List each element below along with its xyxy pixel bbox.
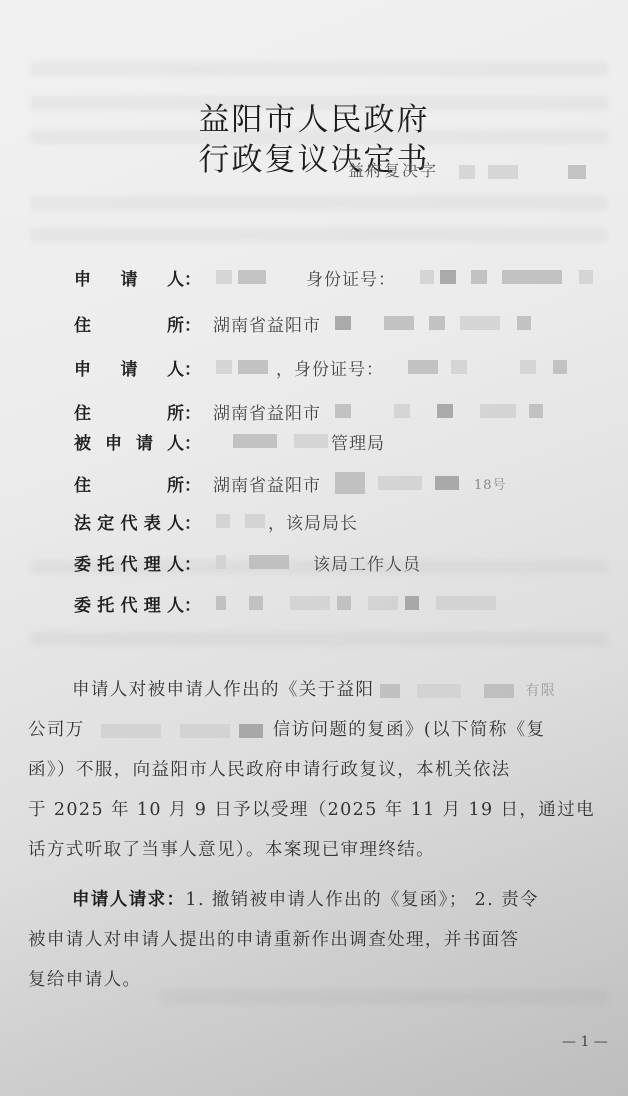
- document-page: 益阳市人民政府 行政复议决定书 益府复决字 申请人 ： 身份证号： 住所 ： 湖…: [0, 0, 628, 1096]
- redacted-text: [290, 596, 330, 610]
- redacted-address: [335, 404, 351, 418]
- redacted-name: [216, 555, 226, 569]
- paragraph-line: 申请人对被申请人作出的《关于益阳有限: [28, 670, 602, 710]
- authorized-agent-1: 委托代理人 ： 该局工作人员: [74, 549, 421, 575]
- doc-number-prefix: 益府复决字: [348, 161, 438, 180]
- party-applicant-1: 申请人 ： 身份证号：: [74, 264, 596, 290]
- section-heading: 申请人请求：: [72, 890, 185, 910]
- paragraph-case-summary: 申请人对被申请人作出的《关于益阳有限 公司万信访问题的复函》(以下简称《复 函》…: [28, 670, 602, 870]
- paragraph-line: 函》）不服，向益阳市人民政府申请行政复议，本机关依法: [28, 750, 602, 790]
- redacted-address: [378, 476, 422, 490]
- redacted-address: [529, 404, 543, 418]
- paragraph-line: 公司万信访问题的复函》(以下简称《复: [28, 710, 602, 750]
- field-label: 法定代表人: [74, 509, 184, 534]
- field-label: 申请人: [74, 355, 184, 380]
- redacted-address: [517, 316, 531, 330]
- redacted-id: [471, 270, 487, 284]
- field-label: 住所: [74, 311, 184, 336]
- redacted-text: [436, 596, 496, 610]
- redacted-name: [216, 360, 232, 374]
- redacted-org-name: [294, 434, 328, 448]
- party-respondent: 被申请人 ： 管理局: [74, 428, 385, 454]
- redacted-address: [335, 472, 365, 494]
- redacted-id: [451, 360, 467, 374]
- paragraph-line: 复给申请人。: [28, 960, 602, 1000]
- field-label: 委托代理人: [74, 591, 184, 616]
- bleed-through: [30, 62, 608, 76]
- paragraph-applicant-request: 申请人请求：1. 撤销被申请人作出的《复函》； 2. 责令 被申请人对申请人提出…: [28, 880, 602, 1000]
- party-address-2: 住所 ： 湖南省益阳市: [74, 398, 546, 424]
- doc-number: 益府复决字: [348, 158, 589, 181]
- redacted-name: [245, 514, 265, 528]
- bleed-through: [30, 632, 608, 646]
- redacted-address: [437, 404, 453, 418]
- paragraph-line: 于 2025 年 10 月 9 日予以受理（2025 年 11 月 19 日，通…: [28, 790, 602, 830]
- redacted-name: [216, 270, 232, 284]
- redacted-name: [249, 555, 289, 569]
- redacted-address: [480, 404, 516, 418]
- redacted-address: [460, 316, 500, 330]
- party-address-1: 住所 ： 湖南省益阳市: [74, 310, 534, 336]
- redacted-id: [420, 270, 434, 284]
- redacted-text: [368, 596, 398, 610]
- redacted-block: [568, 165, 586, 179]
- field-label: 申请人: [74, 265, 184, 290]
- redacted-text: [380, 684, 400, 698]
- redacted-block: [488, 165, 518, 179]
- redacted-name: [238, 360, 268, 374]
- bleed-through: [30, 228, 608, 242]
- page-number: — 1 —: [562, 1034, 608, 1050]
- redacted-address: [429, 316, 445, 330]
- redacted-text: [180, 724, 230, 738]
- redacted-address: [435, 476, 459, 490]
- redacted-text: [405, 596, 419, 610]
- field-label: 住所: [74, 399, 184, 424]
- redacted-id: [553, 360, 567, 374]
- redacted-text: [101, 724, 161, 738]
- paragraph-line: 话方式听取了当事人意见）。本案现已审理终结。: [28, 830, 602, 870]
- doc-title-authority: 益阳市人民政府: [0, 94, 628, 139]
- paragraph-line: 申请人请求：1. 撤销被申请人作出的《复函》； 2. 责令: [28, 880, 602, 920]
- redacted-text: [484, 684, 514, 698]
- field-label: 委托代理人: [74, 550, 184, 575]
- redacted-text: [239, 724, 263, 738]
- paragraph-line: 被申请人对申请人提出的申请重新作出调查处理，并书面答: [28, 920, 602, 960]
- redacted-text: [249, 596, 263, 610]
- redacted-id: [408, 360, 438, 374]
- authorized-agent-2: 委托代理人 ：: [74, 590, 499, 616]
- redacted-address: [335, 316, 351, 330]
- redacted-block: [459, 165, 475, 179]
- redacted-org-name: [233, 434, 277, 448]
- field-label: 被申请人: [74, 429, 184, 454]
- bleed-through: [30, 196, 608, 210]
- party-applicant-2: 申请人 ： ，身份证号：: [74, 354, 570, 380]
- field-label: 住所: [74, 471, 184, 496]
- redacted-address: [384, 316, 414, 330]
- redacted-address: [394, 404, 410, 418]
- redacted-id: [502, 270, 562, 284]
- legal-representative: 法定代表人 ： ，该局局长: [74, 508, 358, 534]
- redacted-text: [337, 596, 351, 610]
- redacted-id: [440, 270, 456, 284]
- redacted-name: [216, 596, 226, 610]
- redacted-name: [216, 514, 230, 528]
- respondent-address: 住所 ： 湖南省益阳市 18号: [74, 470, 507, 496]
- redacted-id: [520, 360, 536, 374]
- redacted-id: [579, 270, 593, 284]
- redacted-text: [417, 684, 461, 698]
- redacted-name: [238, 270, 266, 284]
